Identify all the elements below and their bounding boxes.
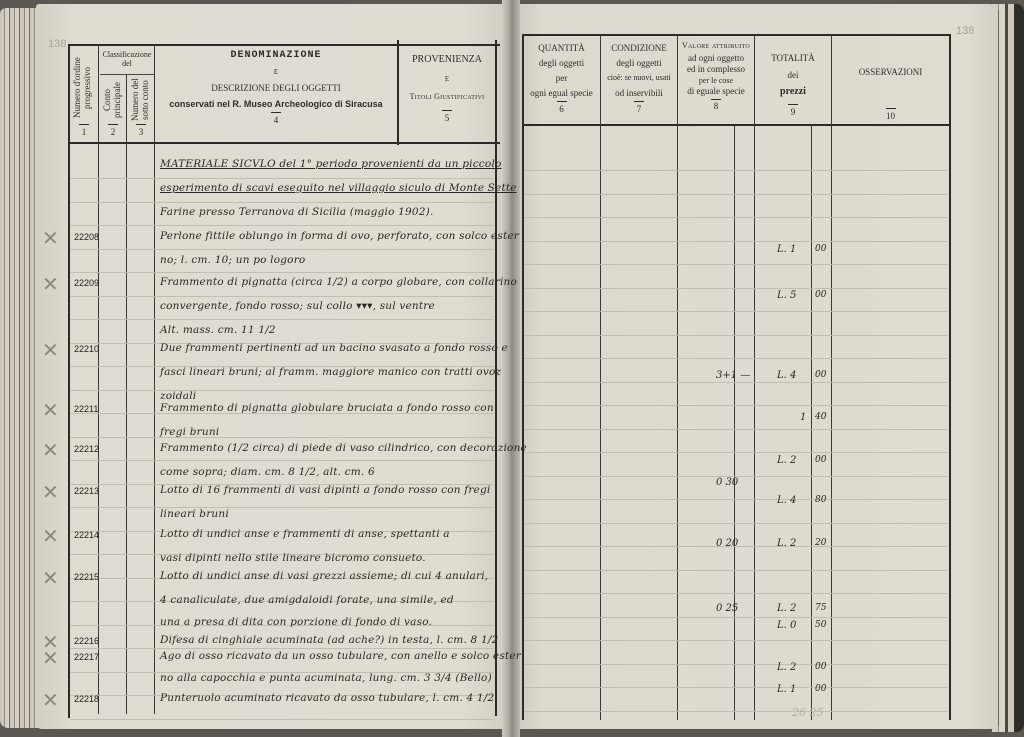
ruled-line [70,390,494,391]
entry-description-line: Alt. mass. cm. 11 1/2 [160,324,276,336]
check-mark-icon: ✕ [42,398,59,422]
right-top-rule [522,34,950,36]
inventory-number: 22212 [74,444,99,454]
left-page-number: 138 [48,38,66,50]
entry-description-line: Lotto di 16 frammenti di vasi dipinti a … [160,484,490,496]
header-col4: DENOMINAZIONE E DESCRIZIONE DEGLI OGGETT… [155,50,397,126]
inventory-number: 22213 [74,486,99,496]
ruled-line [524,335,948,336]
total-cents: 40 [815,412,826,422]
entry-description-line: zoidali [160,390,196,402]
total-cents: 80 [815,495,826,505]
entry-description-line: Difesa di cinghiale acuminata (ad ache?)… [160,634,498,646]
ruled-line [70,507,494,508]
check-mark-icon: ✕ [42,226,59,250]
entry-description-line: Punteruolo acuminato ricavato da osso tu… [160,692,494,704]
col-divider [126,74,127,714]
total-lire: L. 1 [777,244,796,255]
ruled-line [524,570,948,571]
entry-description-line: una a presa di dita con porzione di fond… [160,616,432,628]
check-mark-icon: ✕ [42,338,59,362]
total-cents: 00 [815,662,826,672]
unit-value: 0 25 [716,603,738,614]
header-col2-label: Conto principale [102,78,124,122]
entry-description-line: fregi bruni [160,426,219,438]
check-mark-icon: ✕ [42,480,59,504]
header-col1-label: Numero d'ordine progressivo [72,56,96,120]
ruled-line [524,382,948,383]
col-divider [734,124,735,720]
col-divider [98,44,99,714]
right-page-number: 138 [956,25,974,37]
total-lire: L. 0 [777,620,796,631]
total-cents: 00 [815,455,826,465]
ruled-line [524,288,948,289]
total-lire: L. 2 [777,538,796,549]
entry-description-line: 4 canaliculate, due amigdaloidi forate, … [160,594,454,606]
intro-line: MATERIALE SICVLO del 1° periodo provenie… [160,158,501,170]
total-lire: L. 2 [777,455,796,466]
ruled-line [524,311,948,312]
ruled-line [524,217,948,218]
ruled-line [70,648,494,649]
col-divider [949,34,951,720]
ruled-line [70,202,494,203]
header-col3-num: 3 [127,122,155,138]
entry-description-line: Lotto di undici anse e frammenti di anse… [160,528,450,540]
header-col5: PROVENIENZA E Titoli Giustificativi 5 [399,54,495,124]
ruled-line [70,719,494,720]
inventory-number: 22214 [74,530,99,540]
inventory-number: 22211 [74,404,98,414]
check-mark-icon: ✕ [42,438,59,462]
entry-description-line: Frammento di pignatta (circa 1/2) a corp… [160,276,517,288]
header-col8: Valore attribuito ad ogni oggetto ed in … [678,40,754,112]
entry-description-line: no alla capocchia e punta acuminata, lun… [160,672,492,684]
col-divider [154,44,155,714]
header-col6: QUANTITÀ degli oggetti per ogni egual sp… [523,42,600,115]
left-page-stack [0,8,40,728]
right-page-stack [992,4,1024,732]
ruled-line [524,687,948,688]
inventory-number: 22215 [74,572,99,582]
total-lire: 1 [800,412,806,423]
ruled-line [524,711,948,712]
ruled-line [524,617,948,618]
inventory-number: 22216 [74,636,99,646]
ruled-line [70,437,494,438]
total-cents: 50 [815,620,826,630]
entry-description-line: Ago di osso ricavato da un osso tubulare… [160,650,521,662]
unit-value: 3+1 — [716,370,750,381]
col-divider [495,40,497,716]
check-mark-icon: ✕ [42,688,59,712]
ruled-line [524,640,948,641]
intro-line: Farine presso Terranova di Sicilia (magg… [160,206,433,218]
header-col3-label: Numero del sotto conto [130,78,152,122]
ruled-line [524,358,948,359]
header-col7: CONDIZIONE degli oggetti cioè: se nuovi,… [601,42,677,115]
ruled-line [524,170,948,171]
page-total-pencil: 26 25 [792,706,824,719]
ruled-line [524,405,948,406]
ruled-line [70,460,494,461]
left-top-rule [68,44,500,46]
total-cents: 00 [815,244,826,254]
ruled-line [524,664,948,665]
inventory-number: 22210 [74,344,99,354]
total-cents: 00 [815,290,826,300]
classification-rule [100,74,154,75]
inventory-number: 22208 [74,232,99,242]
inventory-number: 22218 [74,694,99,704]
ruled-line [524,499,948,500]
check-mark-icon: ✕ [42,646,59,670]
ruled-line [70,249,494,250]
right-header-rule [522,124,950,126]
total-lire: L. 2 [777,603,796,614]
ruled-line [70,178,494,179]
entry-description-line: Frammento di pignatta globulare bruciata… [160,402,494,414]
check-mark-icon: ✕ [42,272,59,296]
entry-description-line: vasi dipinti nello stile lineare bicromo… [160,552,426,564]
check-mark-icon: ✕ [42,524,59,548]
left-header-rule [68,142,500,144]
unit-value: 0 30 [716,477,738,488]
ruled-line [524,452,948,453]
ruled-line [524,593,948,594]
entry-description-line: Perlone fittile oblungo in forma di ovo,… [160,230,519,242]
ruled-line [70,296,494,297]
header-col1-num: 1 [69,122,99,138]
col-divider [811,124,812,720]
total-cents: 75 [815,603,826,613]
header-col10: OSSERVAZIONI 10 [832,66,949,122]
ruled-line [524,194,948,195]
entry-description-line: convergente, fondo rosso; sul collo ▾▾▾,… [160,300,435,312]
ledger-book: 138 138 Numero d'ordine progressivo 1 Cl… [0,0,1024,737]
unit-value: 0 20 [716,538,738,549]
entry-description-line: come sopra; diam. cm. 8 1/2, alt. cm. 6 [160,466,375,478]
book-gutter [502,0,520,737]
intro-line: esperimento di scavi eseguito nel villag… [160,182,517,194]
entry-description-line: lineari bruni [160,508,229,520]
total-lire: L. 2 [777,662,796,673]
inventory-number: 22209 [74,278,99,288]
total-cents: 20 [815,538,826,548]
total-lire: L. 1 [777,684,796,695]
entry-description-line: no; l. cm. 10; un po logoro [160,254,305,266]
entry-description-line: Frammento (1/2 circa) di piede di vaso c… [160,442,527,454]
total-cents: 00 [815,370,826,380]
total-cents: 00 [815,684,826,694]
total-lire: L. 4 [777,495,796,506]
entry-description-line: Lotto di undici anse di vasi grezzi assi… [160,570,488,582]
header-col9: TOTALITÀ dei prezzi 9 [755,52,831,118]
ruled-line [524,241,948,242]
ruled-line [70,225,494,226]
entry-description-line: fasci lineari bruni; al framm. maggiore … [160,366,501,378]
total-lire: L. 5 [777,290,796,301]
ruled-line [524,429,948,430]
ruled-line [524,264,948,265]
entry-description-line: Due frammenti pertinenti ad un bacino sv… [160,342,508,354]
ruled-line [524,523,948,524]
ruled-line [70,272,494,273]
page-edge-line [998,10,999,726]
ruled-line [70,319,494,320]
total-lire: L. 4 [777,370,796,381]
inventory-number: 22217 [74,652,99,662]
header-classification: Classificazionedel [99,50,155,68]
check-mark-icon: ✕ [42,566,59,590]
header-col2-num: 2 [99,122,127,138]
